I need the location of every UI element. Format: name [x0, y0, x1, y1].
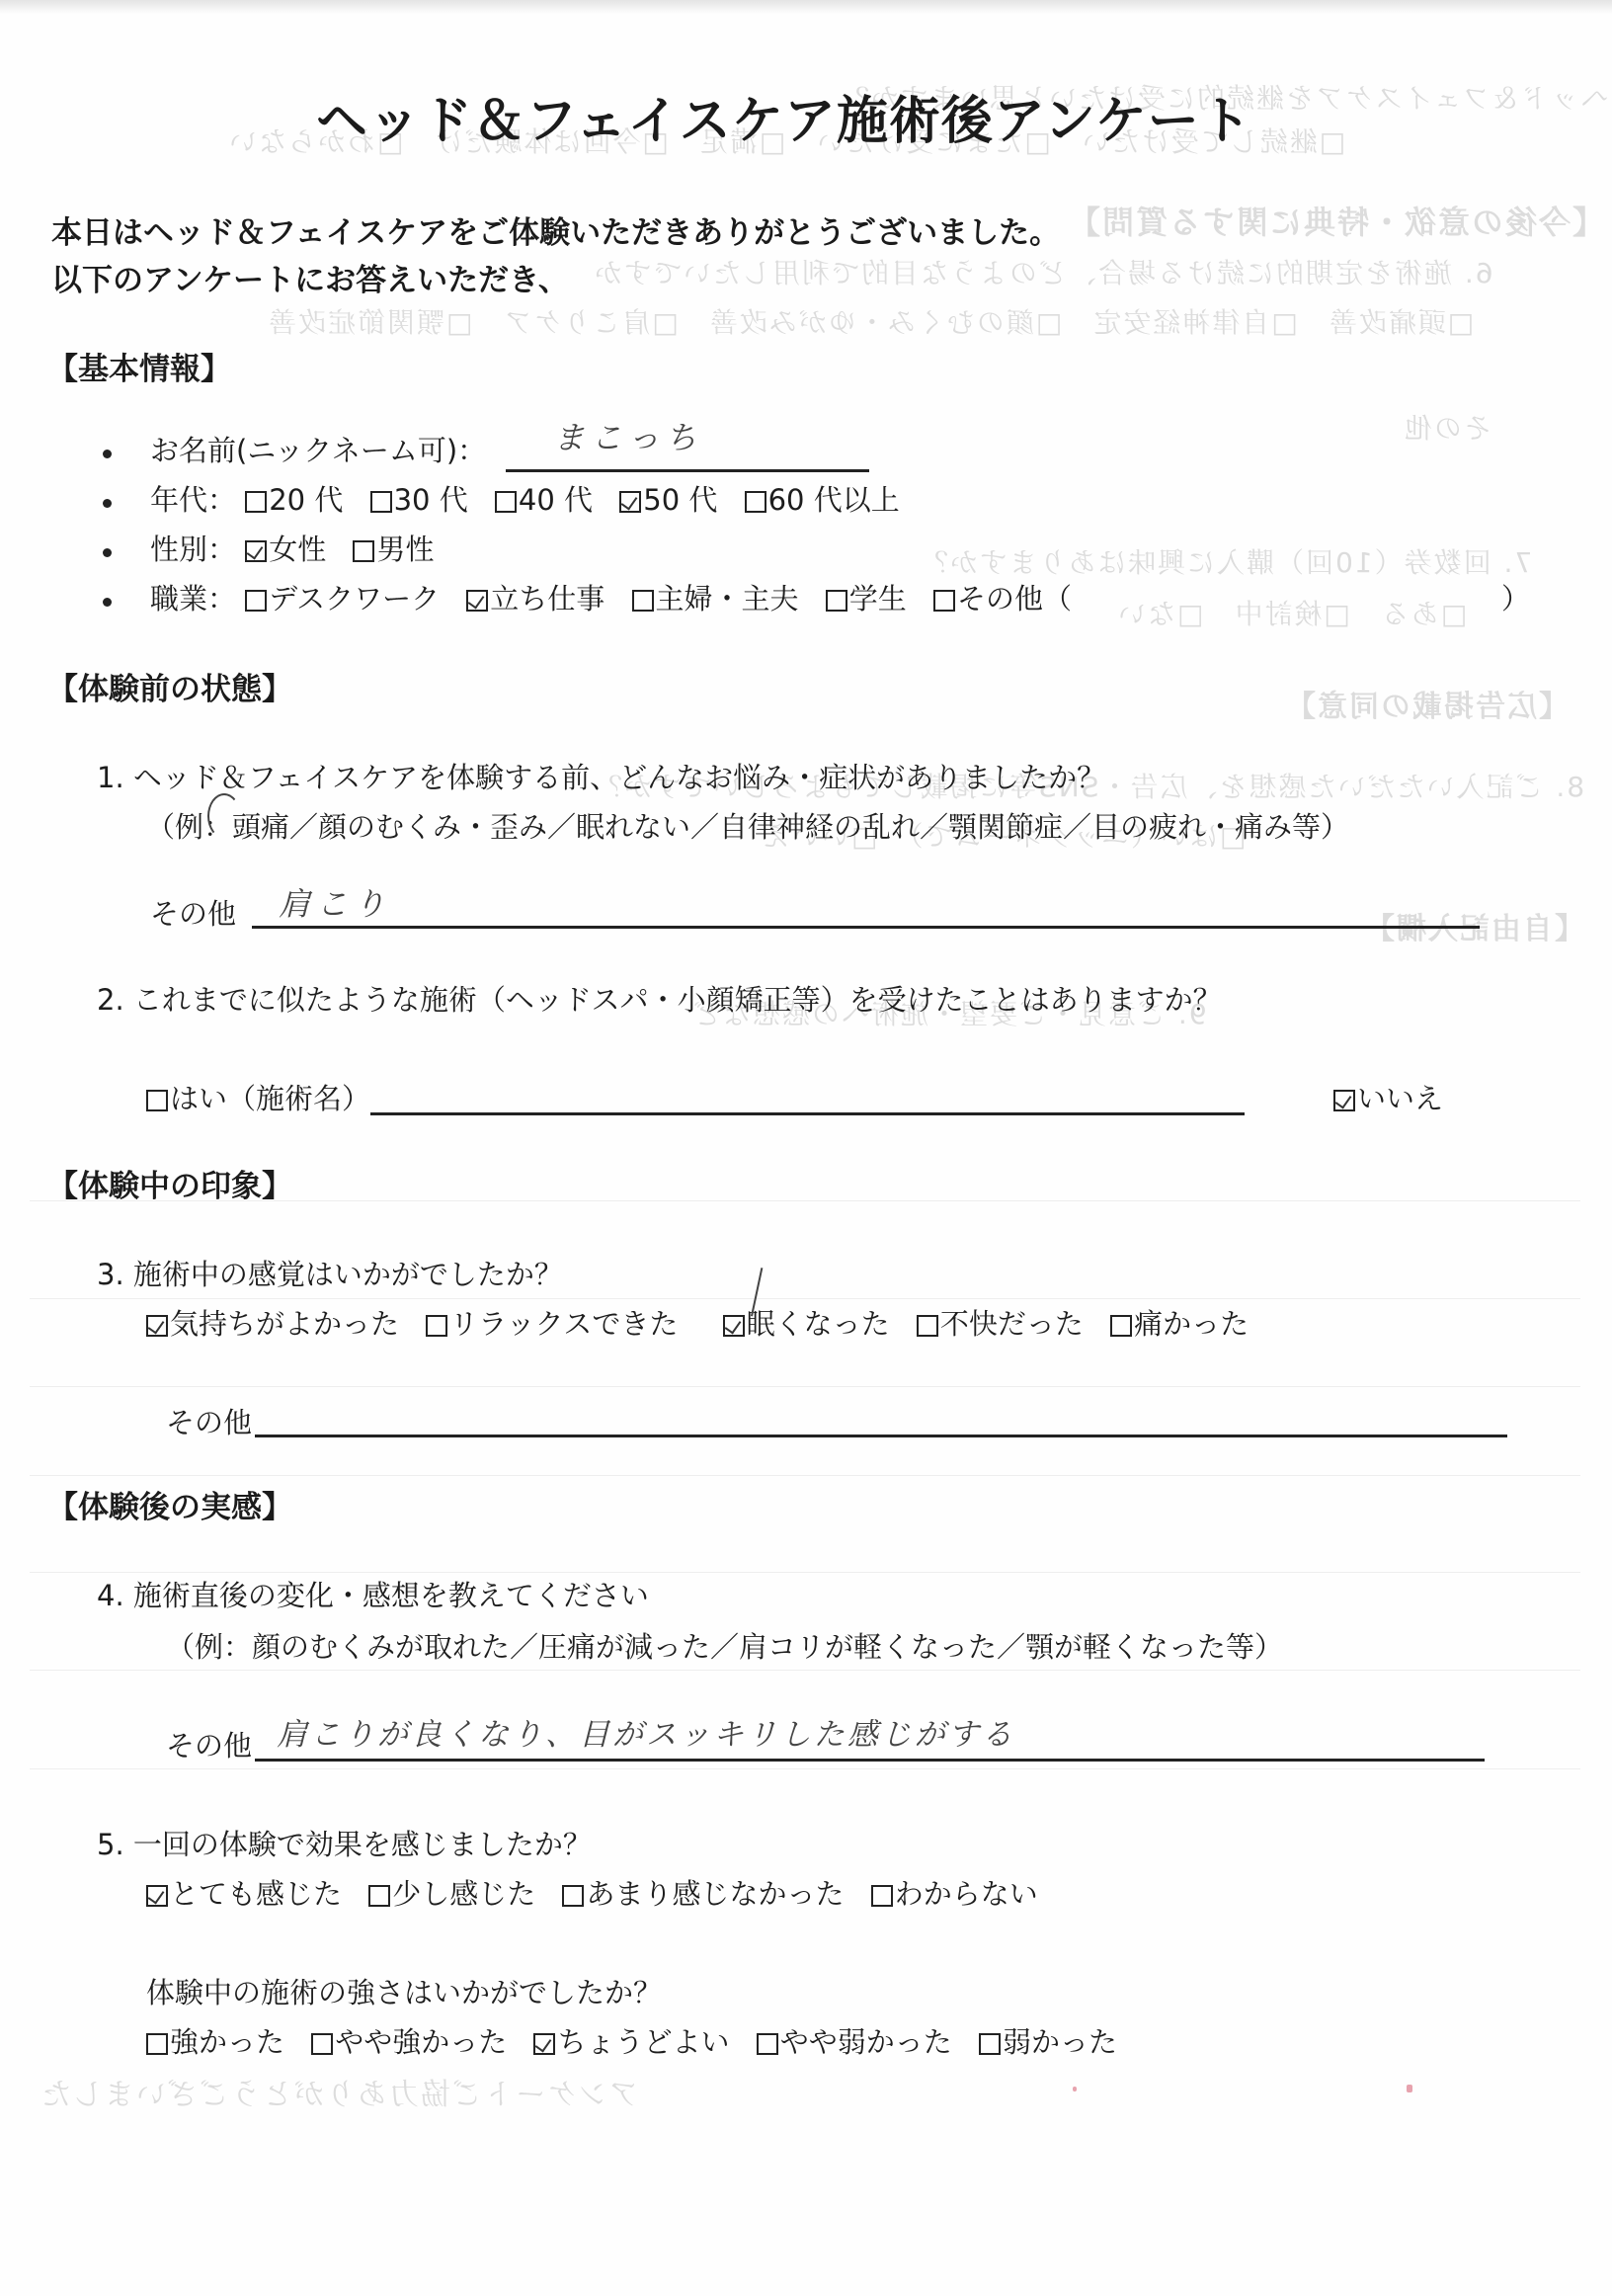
strength-question: 体験中の施術の強さはいかがでしたか？	[146, 1971, 662, 2011]
bleed-through-line: 7. 回数券（10回）購入に興味はありますか？	[919, 541, 1532, 581]
strength-somewhat-weak-checkbox[interactable]	[757, 2033, 778, 2055]
q1-example: （例：頭痛／顔のむくみ・歪み／眠れない／自律神経の乱れ／顎関節症／目の疲れ・痛み…	[146, 805, 1349, 846]
faint-rule	[30, 1475, 1580, 1476]
q2-question: 2. これまでに似たような施術（ヘッドスパ・小顔矯正等）を受けたことはありますか…	[97, 978, 1222, 1019]
strength-strong-checkbox[interactable]	[146, 2033, 168, 2055]
bullet	[103, 598, 112, 607]
bleed-through-line: その他	[1403, 407, 1491, 447]
age-row: 年代： 20 代 30 代 40 代 50 代 60 代以上	[150, 478, 900, 519]
gender-row: 性別： 女性 男性	[150, 528, 434, 568]
q2-yes-checkbox[interactable]	[146, 1090, 168, 1111]
q3-uncomfortable-checkbox[interactable]	[917, 1315, 938, 1337]
q3-pleasant-checkbox[interactable]	[146, 1315, 168, 1337]
strength-weak-label: 弱かった	[1003, 2025, 1117, 2059]
job-homemaker-checkbox[interactable]	[632, 590, 654, 612]
age-20-label: 20 代	[269, 483, 343, 517]
q3-painful-checkbox[interactable]	[1110, 1315, 1132, 1337]
job-desk-checkbox[interactable]	[245, 590, 267, 612]
q3-options-row: 気持ちがよかった リラックスできた 眠くなった 不快だった 痛かった	[146, 1302, 1249, 1343]
q4-other-value[interactable]: 肩こりが良くなり、目がスッキリした感じがする	[277, 1709, 1015, 1754]
scan-artifact-mark	[1407, 2085, 1412, 2092]
name-field-value[interactable]: まこっち	[553, 413, 702, 458]
job-standing-checkbox[interactable]	[466, 590, 488, 612]
faint-rule	[30, 1386, 1580, 1387]
q2-treatment-name-underline[interactable]	[370, 1112, 1245, 1115]
job-standing-label: 立ち仕事	[490, 582, 604, 615]
job-row: 職業： デスクワーク 立ち仕事 主婦・主夫 学生 その他（	[150, 577, 1072, 617]
bleed-through-line: アンケートご協力ありがとうございました	[40, 2070, 638, 2113]
gender-female-label: 女性	[269, 533, 326, 566]
q2-yes-row: はい（施術名）	[146, 1077, 370, 1117]
q4-other-label: その他	[166, 1724, 252, 1764]
faint-rule	[30, 1670, 1580, 1671]
faint-rule	[30, 1572, 1580, 1573]
q5-not-much-label: あまり感じなかった	[586, 1877, 844, 1911]
strength-just-right-label: ちょうどよい	[557, 2025, 729, 2059]
q3-sleepy-checkbox[interactable]	[723, 1315, 745, 1337]
age-50-checkbox[interactable]	[619, 491, 641, 513]
strength-weak-checkbox[interactable]	[979, 2033, 1001, 2055]
q3-other-underline[interactable]	[255, 1435, 1507, 1437]
section-heading-basic: 【基本情報】	[47, 344, 231, 388]
strength-somewhat-strong-label: やや強かった	[335, 2025, 507, 2059]
intro-line-2: 以下のアンケートにお答えいただき、	[51, 255, 569, 299]
scan-artifact-mark	[1073, 2087, 1077, 2091]
faint-rule	[30, 1298, 1580, 1299]
q3-pleasant-label: 気持ちがよかった	[170, 1307, 399, 1341]
q5-very-checkbox[interactable]	[146, 1885, 168, 1907]
q3-painful-label: 痛かった	[1134, 1307, 1249, 1341]
strength-options-row: 強かった やや強かった ちょうどよい やや弱かった 弱かった	[146, 2020, 1117, 2061]
scan-edge-shadow	[0, 0, 1612, 14]
q1-question: 1. ヘッド＆フェイスケアを体験する前、どんなお悩み・症状がありましたか？	[97, 756, 1105, 796]
name-field-underline[interactable]	[506, 469, 869, 472]
age-50-label: 50 代	[643, 483, 717, 517]
intro-line-1: 本日はヘッド＆フェイスケアをご体験いただきありがとうございました。	[51, 207, 1060, 252]
job-label: 職業：	[150, 582, 236, 615]
age-60-plus-label: 60 代以上	[768, 483, 900, 517]
age-40-label: 40 代	[519, 483, 593, 517]
q1-other-label: その他	[150, 892, 236, 933]
q5-unsure-checkbox[interactable]	[871, 1885, 893, 1907]
strength-somewhat-weak-label: やや弱かった	[780, 2025, 952, 2059]
bleed-through-line: 6. 施術を定期的に続ける場合、どのような目的で利用したいですか	[593, 252, 1493, 291]
handwritten-circle-mark	[207, 793, 241, 839]
q1-other-underline[interactable]	[252, 926, 1480, 929]
job-desk-label: デスクワーク	[269, 582, 440, 615]
q3-relaxed-checkbox[interactable]	[426, 1315, 447, 1337]
bleed-through-line: □ある □検討中 □ない	[1116, 593, 1467, 632]
q2-no-label: いいえ	[1357, 1082, 1443, 1115]
q5-slightly-checkbox[interactable]	[368, 1885, 390, 1907]
q3-sleepy-label: 眠くなった	[747, 1307, 890, 1341]
strength-strong-label: 強かった	[170, 2025, 284, 2059]
age-label: 年代：	[150, 483, 236, 517]
q1-other-value[interactable]: 肩こり	[279, 879, 391, 925]
age-30-checkbox[interactable]	[370, 491, 392, 513]
q2-no-checkbox[interactable]	[1333, 1090, 1355, 1111]
strength-somewhat-strong-checkbox[interactable]	[311, 2033, 333, 2055]
gender-male-checkbox[interactable]	[353, 540, 374, 562]
gender-male-label: 男性	[376, 533, 434, 566]
section-heading-after: 【体験後の実感】	[47, 1482, 292, 1526]
q2-no-row: いいえ	[1333, 1077, 1443, 1117]
gender-female-checkbox[interactable]	[245, 540, 267, 562]
q3-question: 3. 施術中の感覚はいかがでしたか？	[97, 1253, 563, 1293]
q5-options-row: とても感じた 少し感じた あまり感じなかった わからない	[146, 1872, 1038, 1913]
q2-yes-label: はい（施術名）	[170, 1082, 370, 1115]
faint-rule	[30, 1768, 1580, 1769]
bullet	[103, 499, 112, 508]
age-30-label: 30 代	[394, 483, 468, 517]
q5-not-much-checkbox[interactable]	[562, 1885, 584, 1907]
bleed-through-line: 【広告掲載の同意】	[1284, 682, 1569, 725]
age-40-checkbox[interactable]	[495, 491, 517, 513]
job-student-checkbox[interactable]	[826, 590, 847, 612]
q4-question: 4. 施術直後の変化・感想を教えてください	[97, 1574, 649, 1614]
section-heading-before: 【体験前の状態】	[47, 664, 292, 708]
job-other-close-paren: ）	[1501, 577, 1530, 617]
bleed-through-line: □頭痛改善 □自律神経安定 □顔のむくみ・ゆがみ改善 □肩こりケア □顎関節症改…	[267, 301, 1474, 341]
name-field-label: お名前(ニックネーム可)：	[150, 429, 486, 469]
q3-uncomfortable-label: 不快だった	[940, 1307, 1084, 1341]
age-20-checkbox[interactable]	[245, 491, 267, 513]
q3-relaxed-label: リラックスできた	[449, 1307, 678, 1341]
survey-page: ヘッド＆フェイスケアを継続的に受けたいと思いますか？ □継続して受けたい □たま…	[0, 0, 1612, 2296]
q5-question: 5. 一回の体験で効果を感じましたか？	[97, 1823, 592, 1863]
job-homemaker-label: 主婦・主夫	[656, 582, 799, 615]
job-other-label: その他（	[957, 582, 1072, 615]
section-heading-during: 【体験中の印象】	[47, 1161, 292, 1205]
job-student-label: 学生	[849, 582, 907, 615]
strength-just-right-checkbox[interactable]	[533, 2033, 555, 2055]
q5-very-label: とても感じた	[170, 1877, 342, 1911]
bullet	[103, 548, 112, 557]
bleed-through-line: 【今後の意欲・特典に関する質問】	[1067, 198, 1604, 243]
gender-label: 性別：	[150, 533, 236, 566]
q3-other-label: その他	[166, 1401, 252, 1441]
age-60-plus-checkbox[interactable]	[745, 491, 766, 513]
q5-slightly-label: 少し感じた	[392, 1877, 535, 1911]
job-other-checkbox[interactable]	[933, 590, 955, 612]
q4-other-underline[interactable]	[255, 1759, 1485, 1762]
q5-unsure-label: わからない	[895, 1877, 1038, 1911]
bullet	[103, 450, 112, 458]
q4-example: （例：顔のむくみが取れた／圧痛が減った／肩コリが軽くなった／顎が軽くなった等）	[166, 1625, 1283, 1666]
page-title: ヘッド＆フェイスケア施術後アンケート	[316, 79, 1252, 153]
